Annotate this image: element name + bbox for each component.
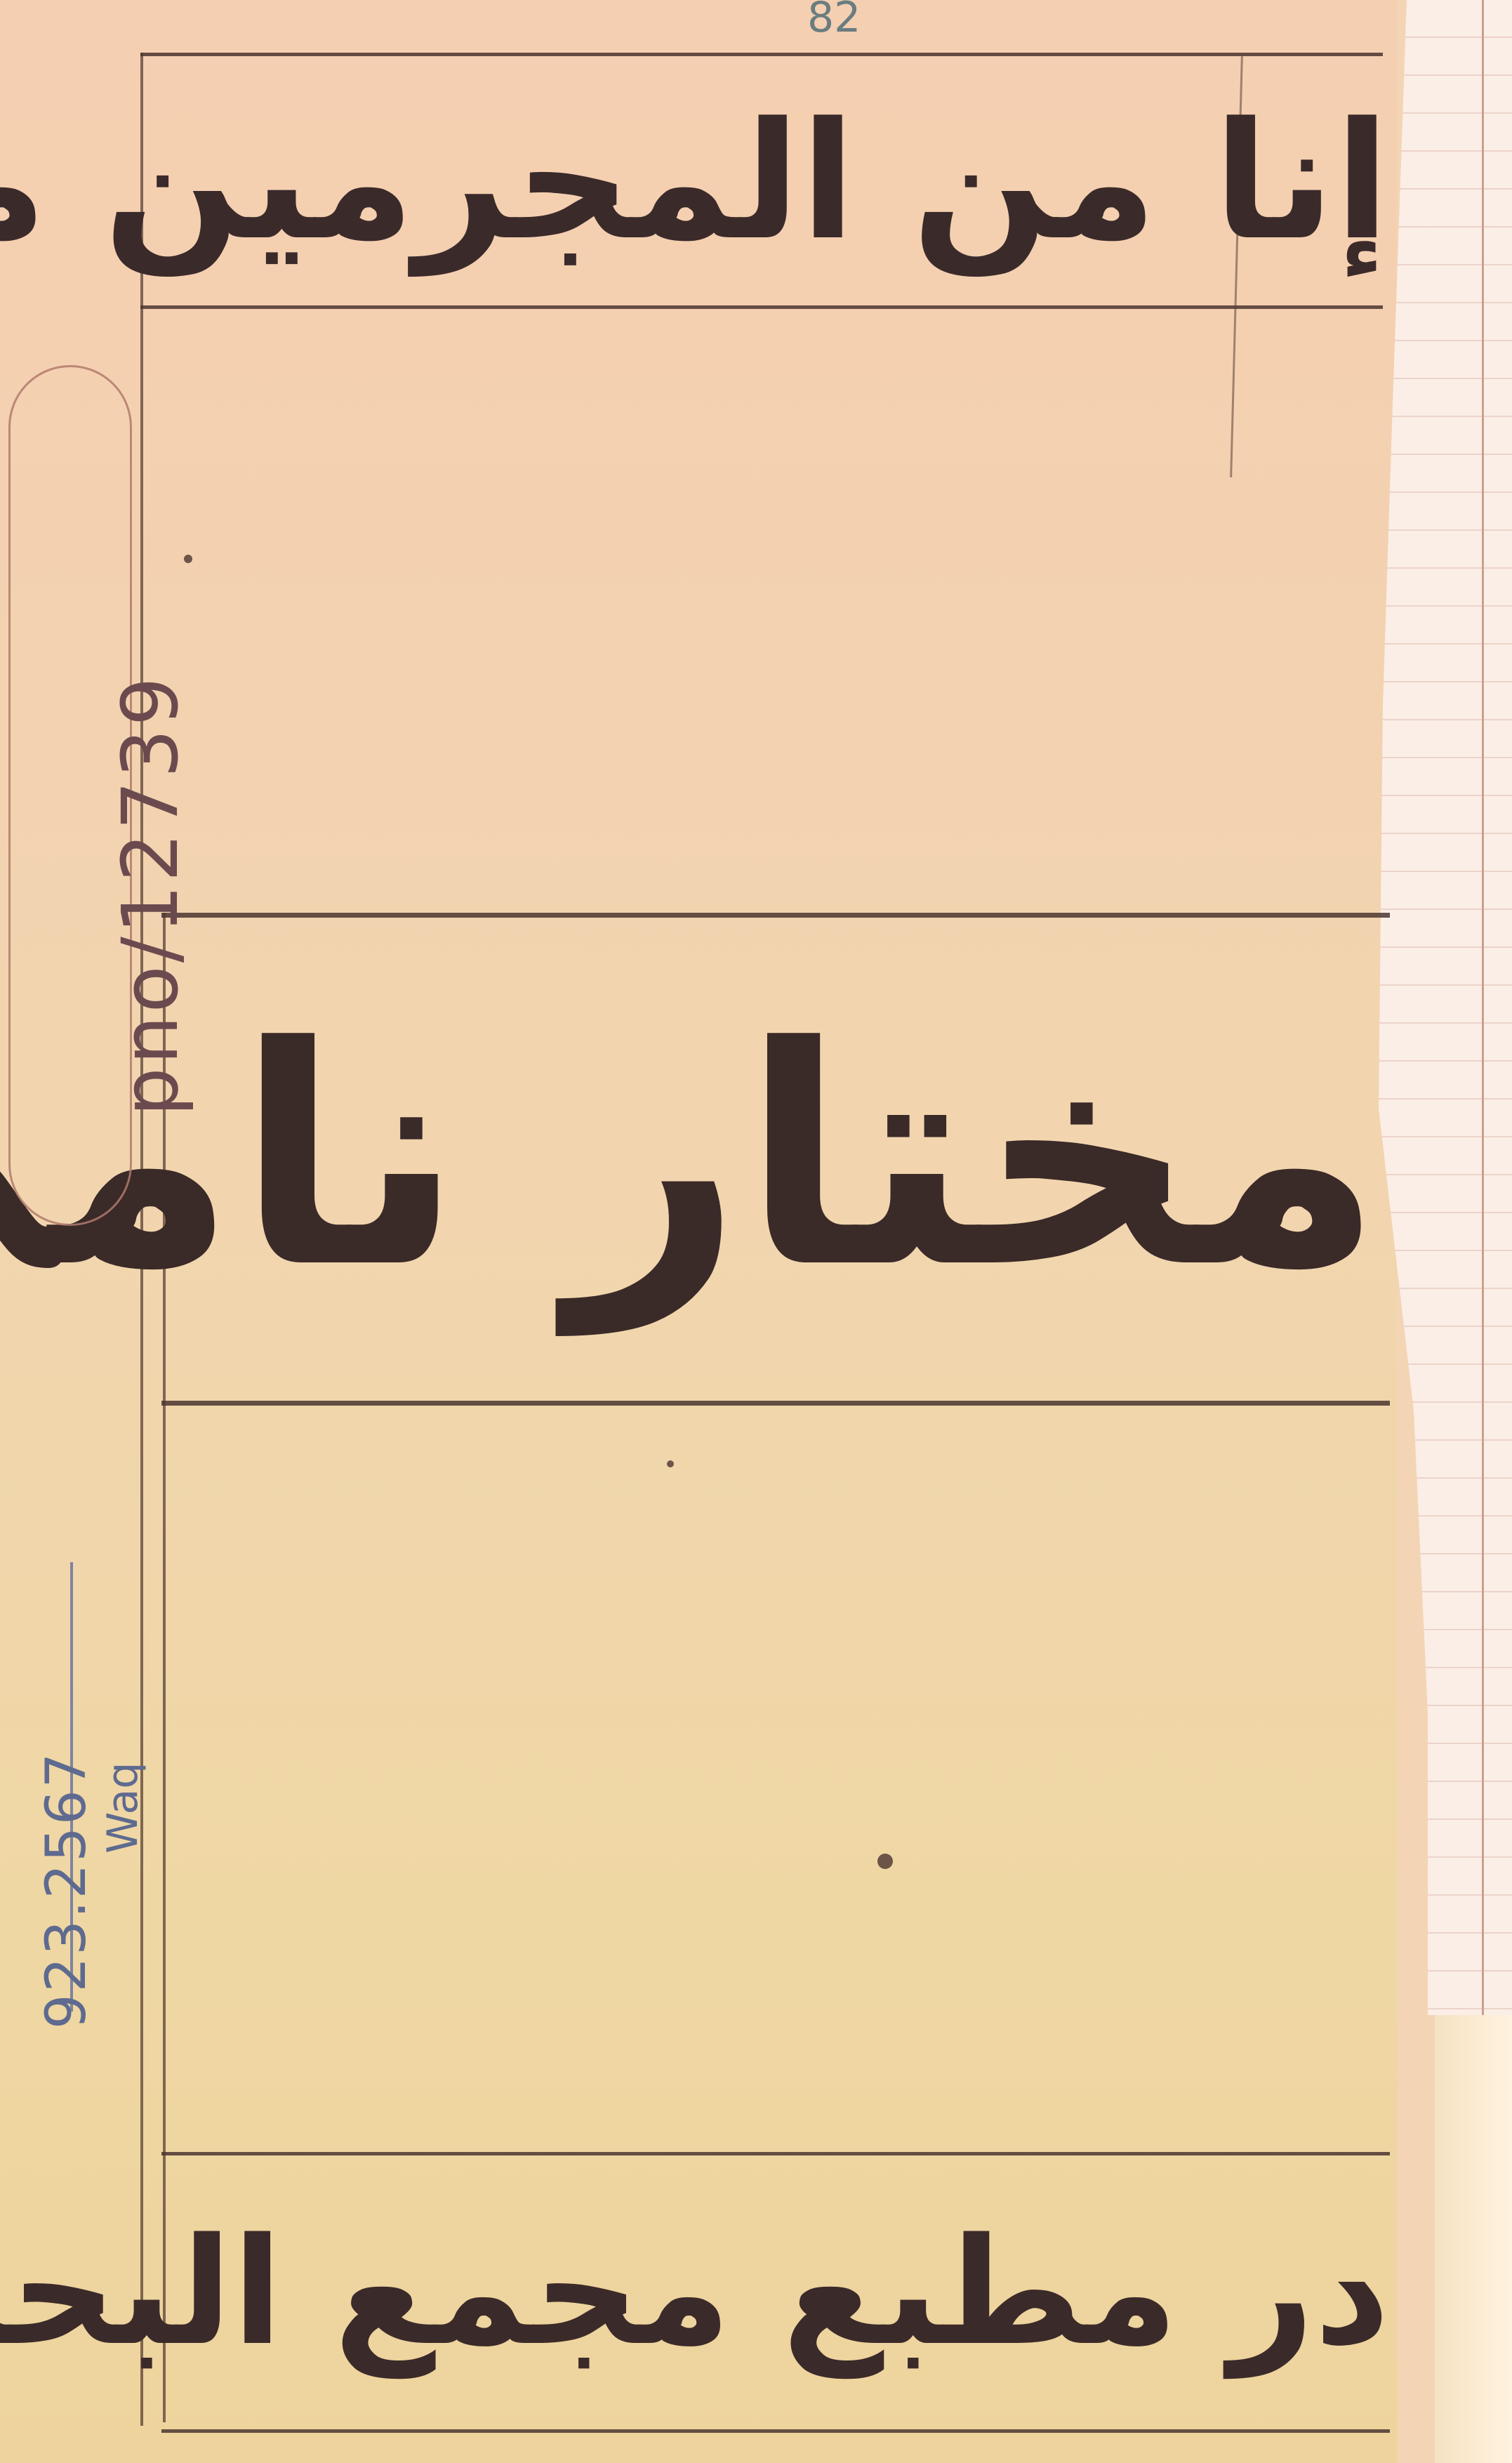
ink-spot (877, 1854, 893, 1869)
frame-rule-top-band-bottom (140, 305, 1383, 309)
frame-rule-title-top (161, 913, 1390, 918)
backing-margin-line (1482, 0, 1484, 2015)
accession-number: pno/12739 (105, 674, 195, 1116)
frame-rule-top (140, 53, 1383, 56)
frame-rule-bottom (161, 2429, 1390, 2433)
frame-rule-bottom-band-top (161, 2152, 1390, 2155)
ink-spot (667, 1460, 674, 1467)
frame-rule-title-bottom (161, 1401, 1390, 1406)
main-title: مختار نامہ اردو (175, 927, 1383, 1390)
imprint-line: در مطبع مجمع البحرين لودیانہ مطبوع شد (161, 2162, 1390, 2422)
top-band-verse: إنا من المجرمين منتقمون (161, 67, 1390, 298)
top-edge-handwriting: 82 (807, 0, 861, 42)
call-number-suffix: Waq (98, 1762, 147, 1854)
call-number: 923.2567 (35, 1751, 98, 2029)
ink-spot (184, 555, 192, 563)
backing-lower-strip (1435, 2015, 1512, 2463)
